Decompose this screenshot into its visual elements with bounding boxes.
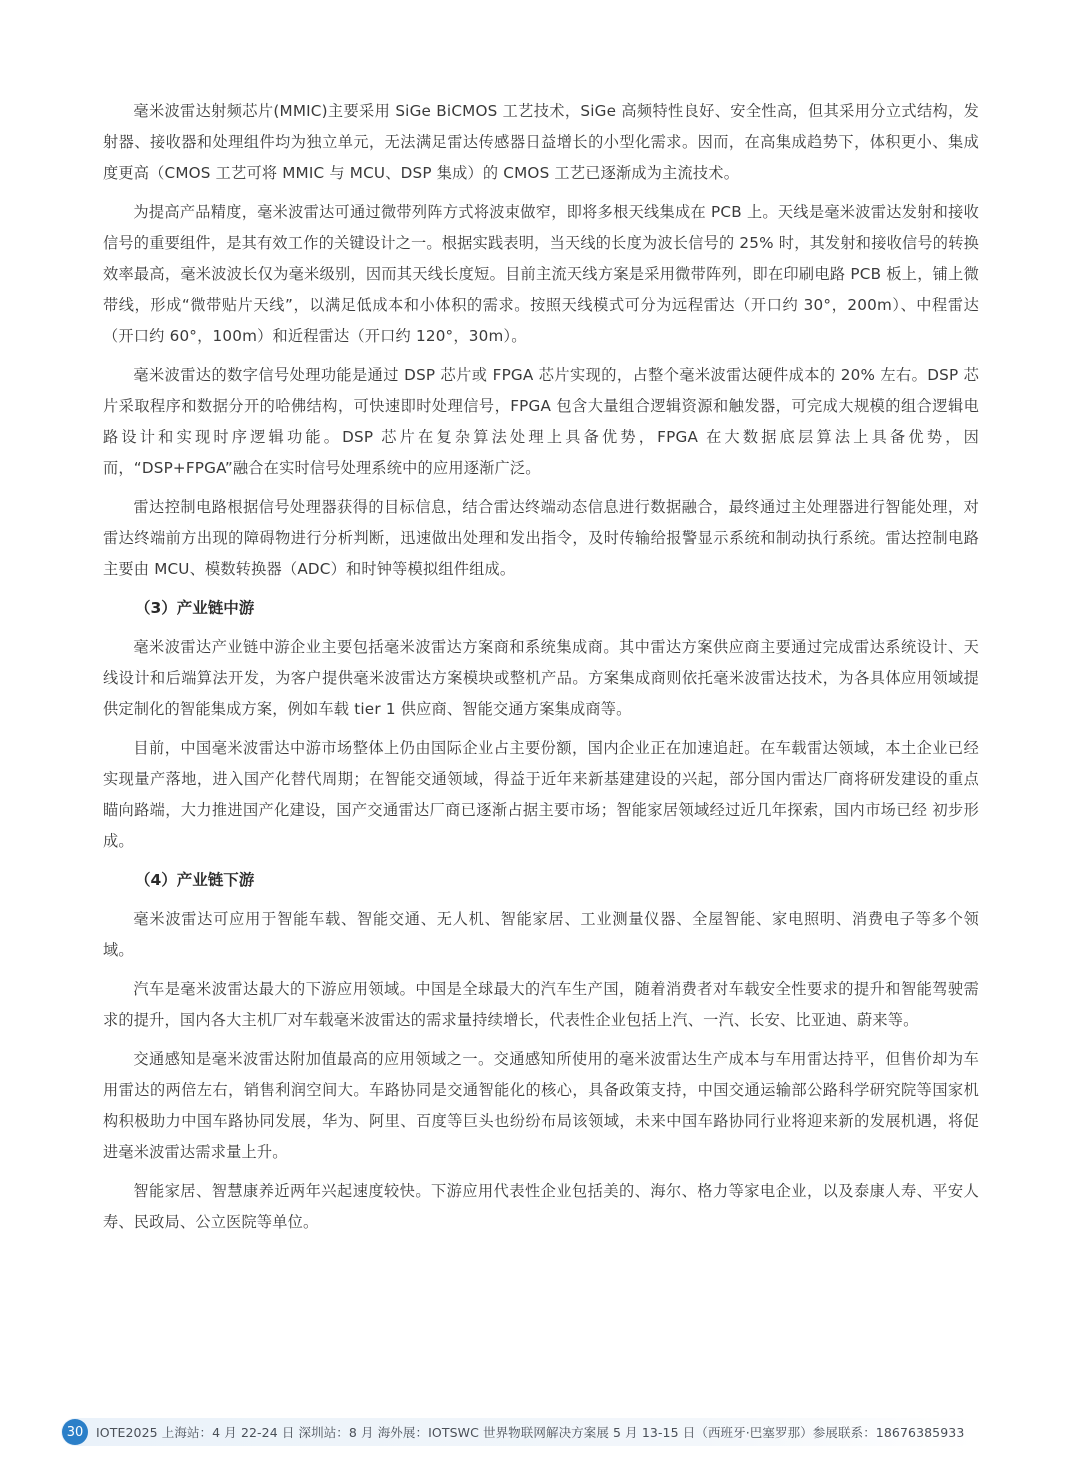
paragraph-midstream-2: 目前，中国毫米波雷达中游市场整体上仍由国际企业占主要份额，国内企业正在加速追赶。…	[103, 733, 979, 857]
section-heading-downstream: （4）产业链下游	[103, 865, 979, 896]
paragraph-downstream-4: 智能家居、智慧康养近两年兴起速度较快。下游应用代表性企业包括美的、海尔、格力等家…	[103, 1176, 979, 1238]
document-body: 毫米波雷达射频芯片(MMIC)主要采用 SiGe BiCMOS 工艺技术，SiG…	[103, 96, 979, 1246]
section-heading-midstream: （3）产业链中游	[103, 593, 979, 624]
footer-event-info: IOTE2025 上海站：4 月 22-24 日 深圳站：8 月 海外展：IOT…	[96, 1423, 964, 1441]
paragraph-mmic: 毫米波雷达射频芯片(MMIC)主要采用 SiGe BiCMOS 工艺技术，SiG…	[103, 96, 979, 189]
paragraph-midstream-1: 毫米波雷达产业链中游企业主要包括毫米波雷达方案商和系统集成商。其中雷达方案供应商…	[103, 632, 979, 725]
paragraph-downstream-3: 交通感知是毫米波雷达附加值最高的应用领域之一。交通感知所使用的毫米波雷达生产成本…	[103, 1044, 979, 1168]
paragraph-downstream-2: 汽车是毫米波雷达最大的下游应用领域。中国是全球最大的汽车生产国，随着消费者对车载…	[103, 974, 979, 1036]
paragraph-downstream-1: 毫米波雷达可应用于智能车载、智能交通、无人机、智能家居、工业测量仪器、全屋智能、…	[103, 904, 979, 966]
paragraph-control-circuit: 雷达控制电路根据信号处理器获得的目标信息，结合雷达终端动态信息进行数据融合，最终…	[103, 492, 979, 585]
paragraph-dsp-fpga: 毫米波雷达的数字信号处理功能是通过 DSP 芯片或 FPGA 芯片实现的，占整个…	[103, 360, 979, 484]
page-footer: 30 IOTE2025 上海站：4 月 22-24 日 深圳站：8 月 海外展：…	[61, 1418, 976, 1446]
page-number-badge: 30	[62, 1419, 88, 1445]
paragraph-antenna: 为提高产品精度，毫米波雷达可通过微带列阵方式将波束做窄，即将多根天线集成在 PC…	[103, 197, 979, 352]
